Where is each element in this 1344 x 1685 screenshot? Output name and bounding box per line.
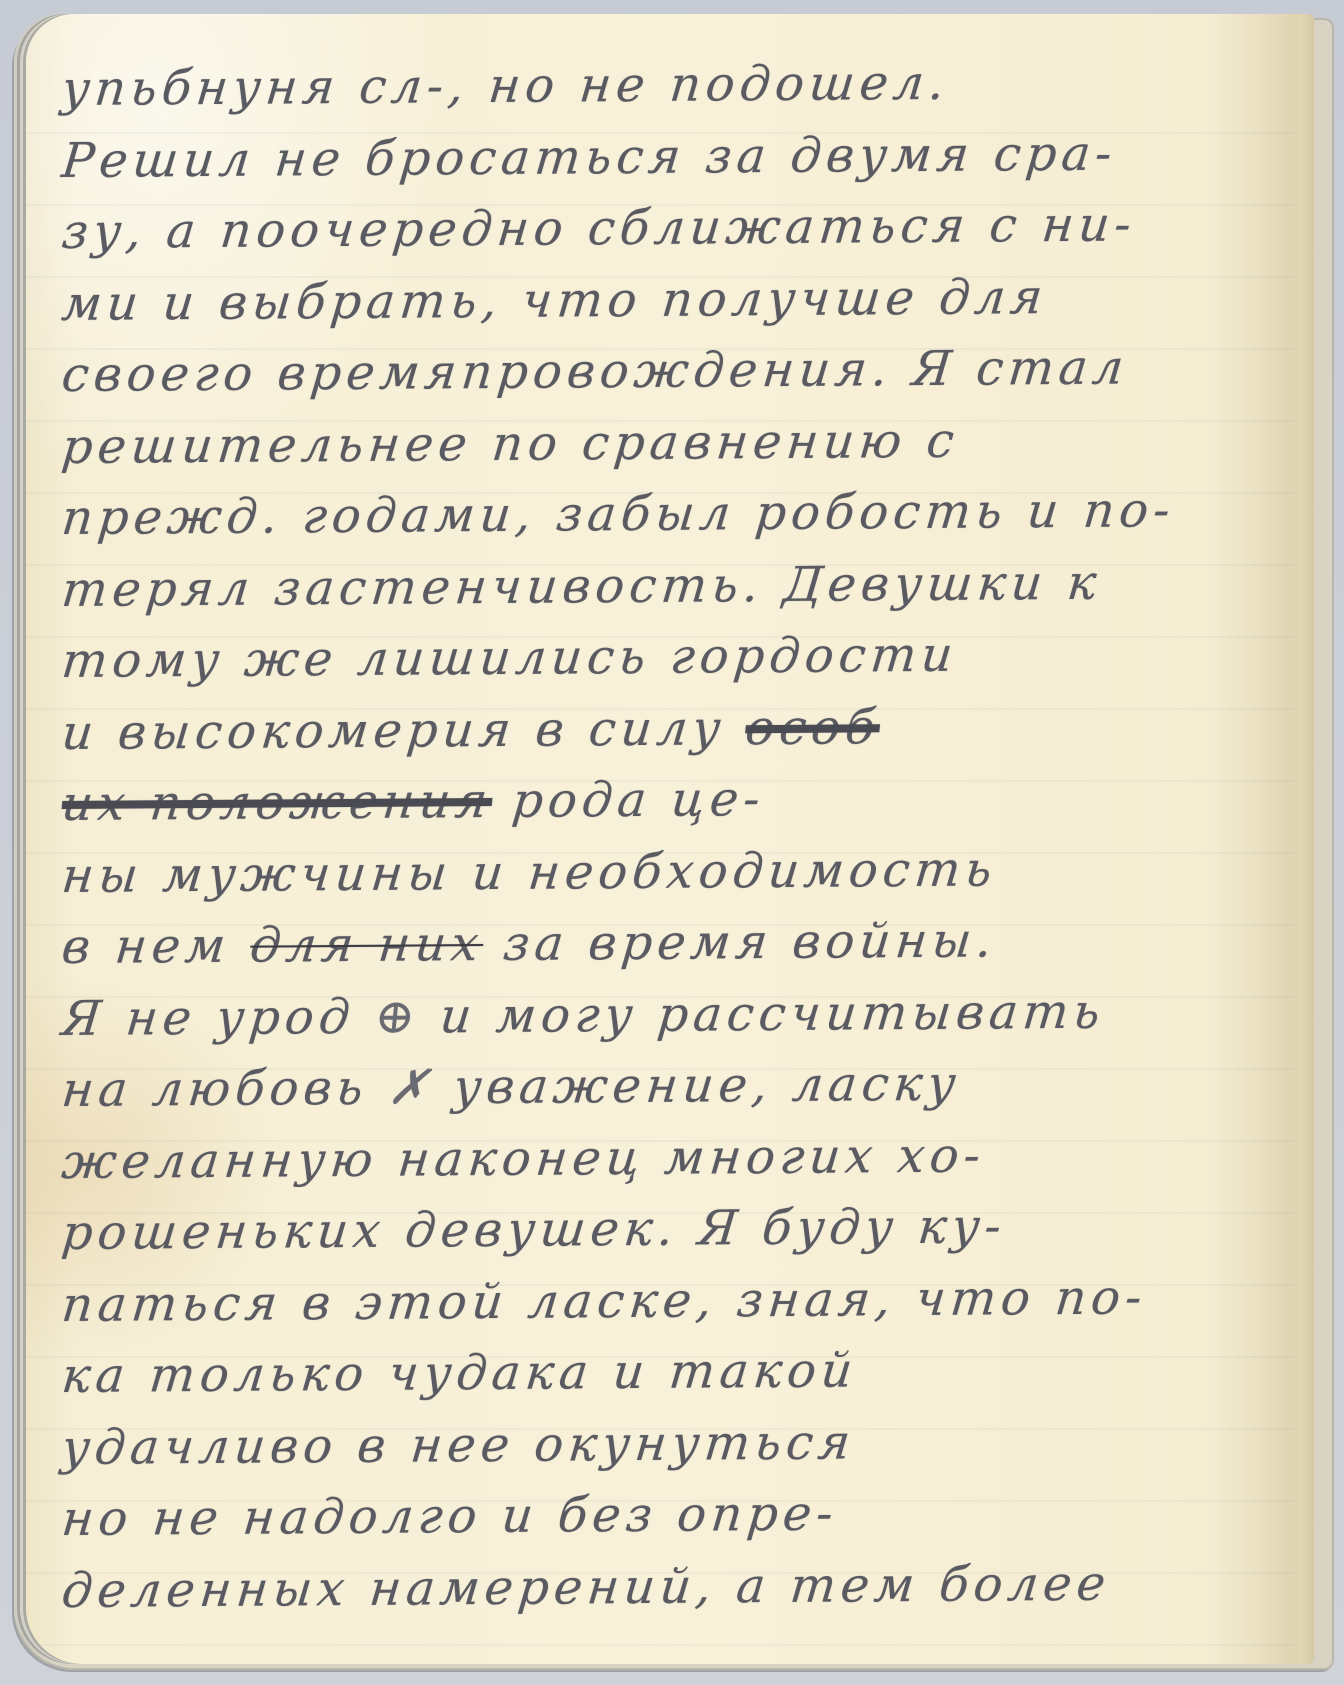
text-line: решительнее по сравнению с (58, 403, 1246, 483)
line-text: удачливо в нее окунуться (59, 1414, 857, 1476)
crossed-out-mark-icon: ⊕ (372, 988, 423, 1044)
text-line: терял застенчивость. Девушки к (58, 546, 1246, 626)
line-text: решительнее по сравнению с (59, 412, 961, 474)
line-text: и высокомерия в силу (59, 700, 728, 761)
line-text: терял застенчивость. Девушки к (59, 554, 1104, 617)
line-text: на любовь (59, 1060, 370, 1118)
line-text: ка только чудака и такой (59, 1342, 860, 1404)
struck-out-word: особ (743, 699, 883, 756)
line-text: Я не урод (59, 988, 357, 1046)
insertion-mark-icon: ✗ (385, 1059, 436, 1115)
line-text: деленных намерений, а тем более (59, 1555, 1113, 1618)
line-text: тому же лишились гордости (59, 627, 960, 689)
line-text: Решил не бросаться за двумя сра- (59, 125, 1119, 188)
page-gutter-edge (1286, 14, 1314, 1664)
text-line: деленных намерений, а тем более (58, 1547, 1246, 1627)
line-text: паться в этой ласке, зная, что по- (59, 1269, 1149, 1333)
line-text: зу, а поочередно сближаться с ни- (59, 197, 1138, 260)
line-text: желанную наконец многих хо- (59, 1127, 987, 1189)
line-text: рода це- (510, 771, 768, 829)
text-line: рошеньких девушек. Я буду ку- (58, 1190, 1246, 1270)
text-line: ка только чудака и такой (58, 1333, 1246, 1413)
text-line: ми и выбрать, что получше для (58, 260, 1246, 340)
line-text: ми и выбрать, что получше для (59, 269, 1050, 332)
struck-out-phrase: их положения (59, 773, 495, 832)
line-text: прежд. годами, забыл робость и по- (59, 482, 1177, 546)
struck-out-word: для них (248, 916, 486, 974)
notebook-page: упьбнуня сл-, но не подошел. Решил не бр… (26, 14, 1314, 1664)
text-line: Решил не бросаться за двумя сра- (58, 117, 1246, 197)
text-line: Я не урод ⊕ и могу рассчитывать (58, 975, 1246, 1055)
text-line: ны мужчины и необходимость (58, 832, 1246, 912)
text-line: прежд. годами, забыл робость и по- (58, 475, 1246, 555)
text-line: на любовь ✗ уважение, ласку (58, 1047, 1246, 1127)
line-text: рошеньких девушек. Я буду ку- (59, 1198, 1008, 1261)
text-line: своего времяпровождения. Я стал (58, 332, 1246, 412)
line-text: в нем (59, 918, 233, 975)
line-text: ны мужчины и необходимость (59, 841, 999, 904)
text-line: тому же лишились гордости (58, 618, 1246, 698)
line-text: своего времяпровождения. Я стал (59, 340, 1131, 403)
line-text: за время войны. (501, 912, 1000, 971)
line-text: но не надолго и без опре- (59, 1486, 840, 1547)
handwritten-text: упьбнуня сл-, но не подошел. Решил не бр… (62, 54, 1242, 1627)
text-line: паться в этой ласке, зная, что по- (58, 1261, 1246, 1341)
line-text: уважение, ласку (451, 1056, 963, 1116)
line-text: упьбнуня сл-, но не подошел. (59, 55, 951, 117)
text-line: зу, а поочередно сближаться с ни- (58, 189, 1246, 269)
line-text: и могу рассчитывать (438, 983, 1108, 1044)
text-line: их положения рода це- (58, 761, 1246, 841)
text-line: в нем для них за время войны. (58, 904, 1246, 984)
text-line: упьбнуня сл-, но не подошел. (58, 46, 1246, 126)
text-line: желанную наконец многих хо- (58, 1118, 1246, 1198)
text-line: и высокомерия в силу особ (58, 689, 1246, 769)
text-line: но не надолго и без опре- (58, 1476, 1246, 1556)
text-line: удачливо в нее окунуться (58, 1404, 1246, 1484)
